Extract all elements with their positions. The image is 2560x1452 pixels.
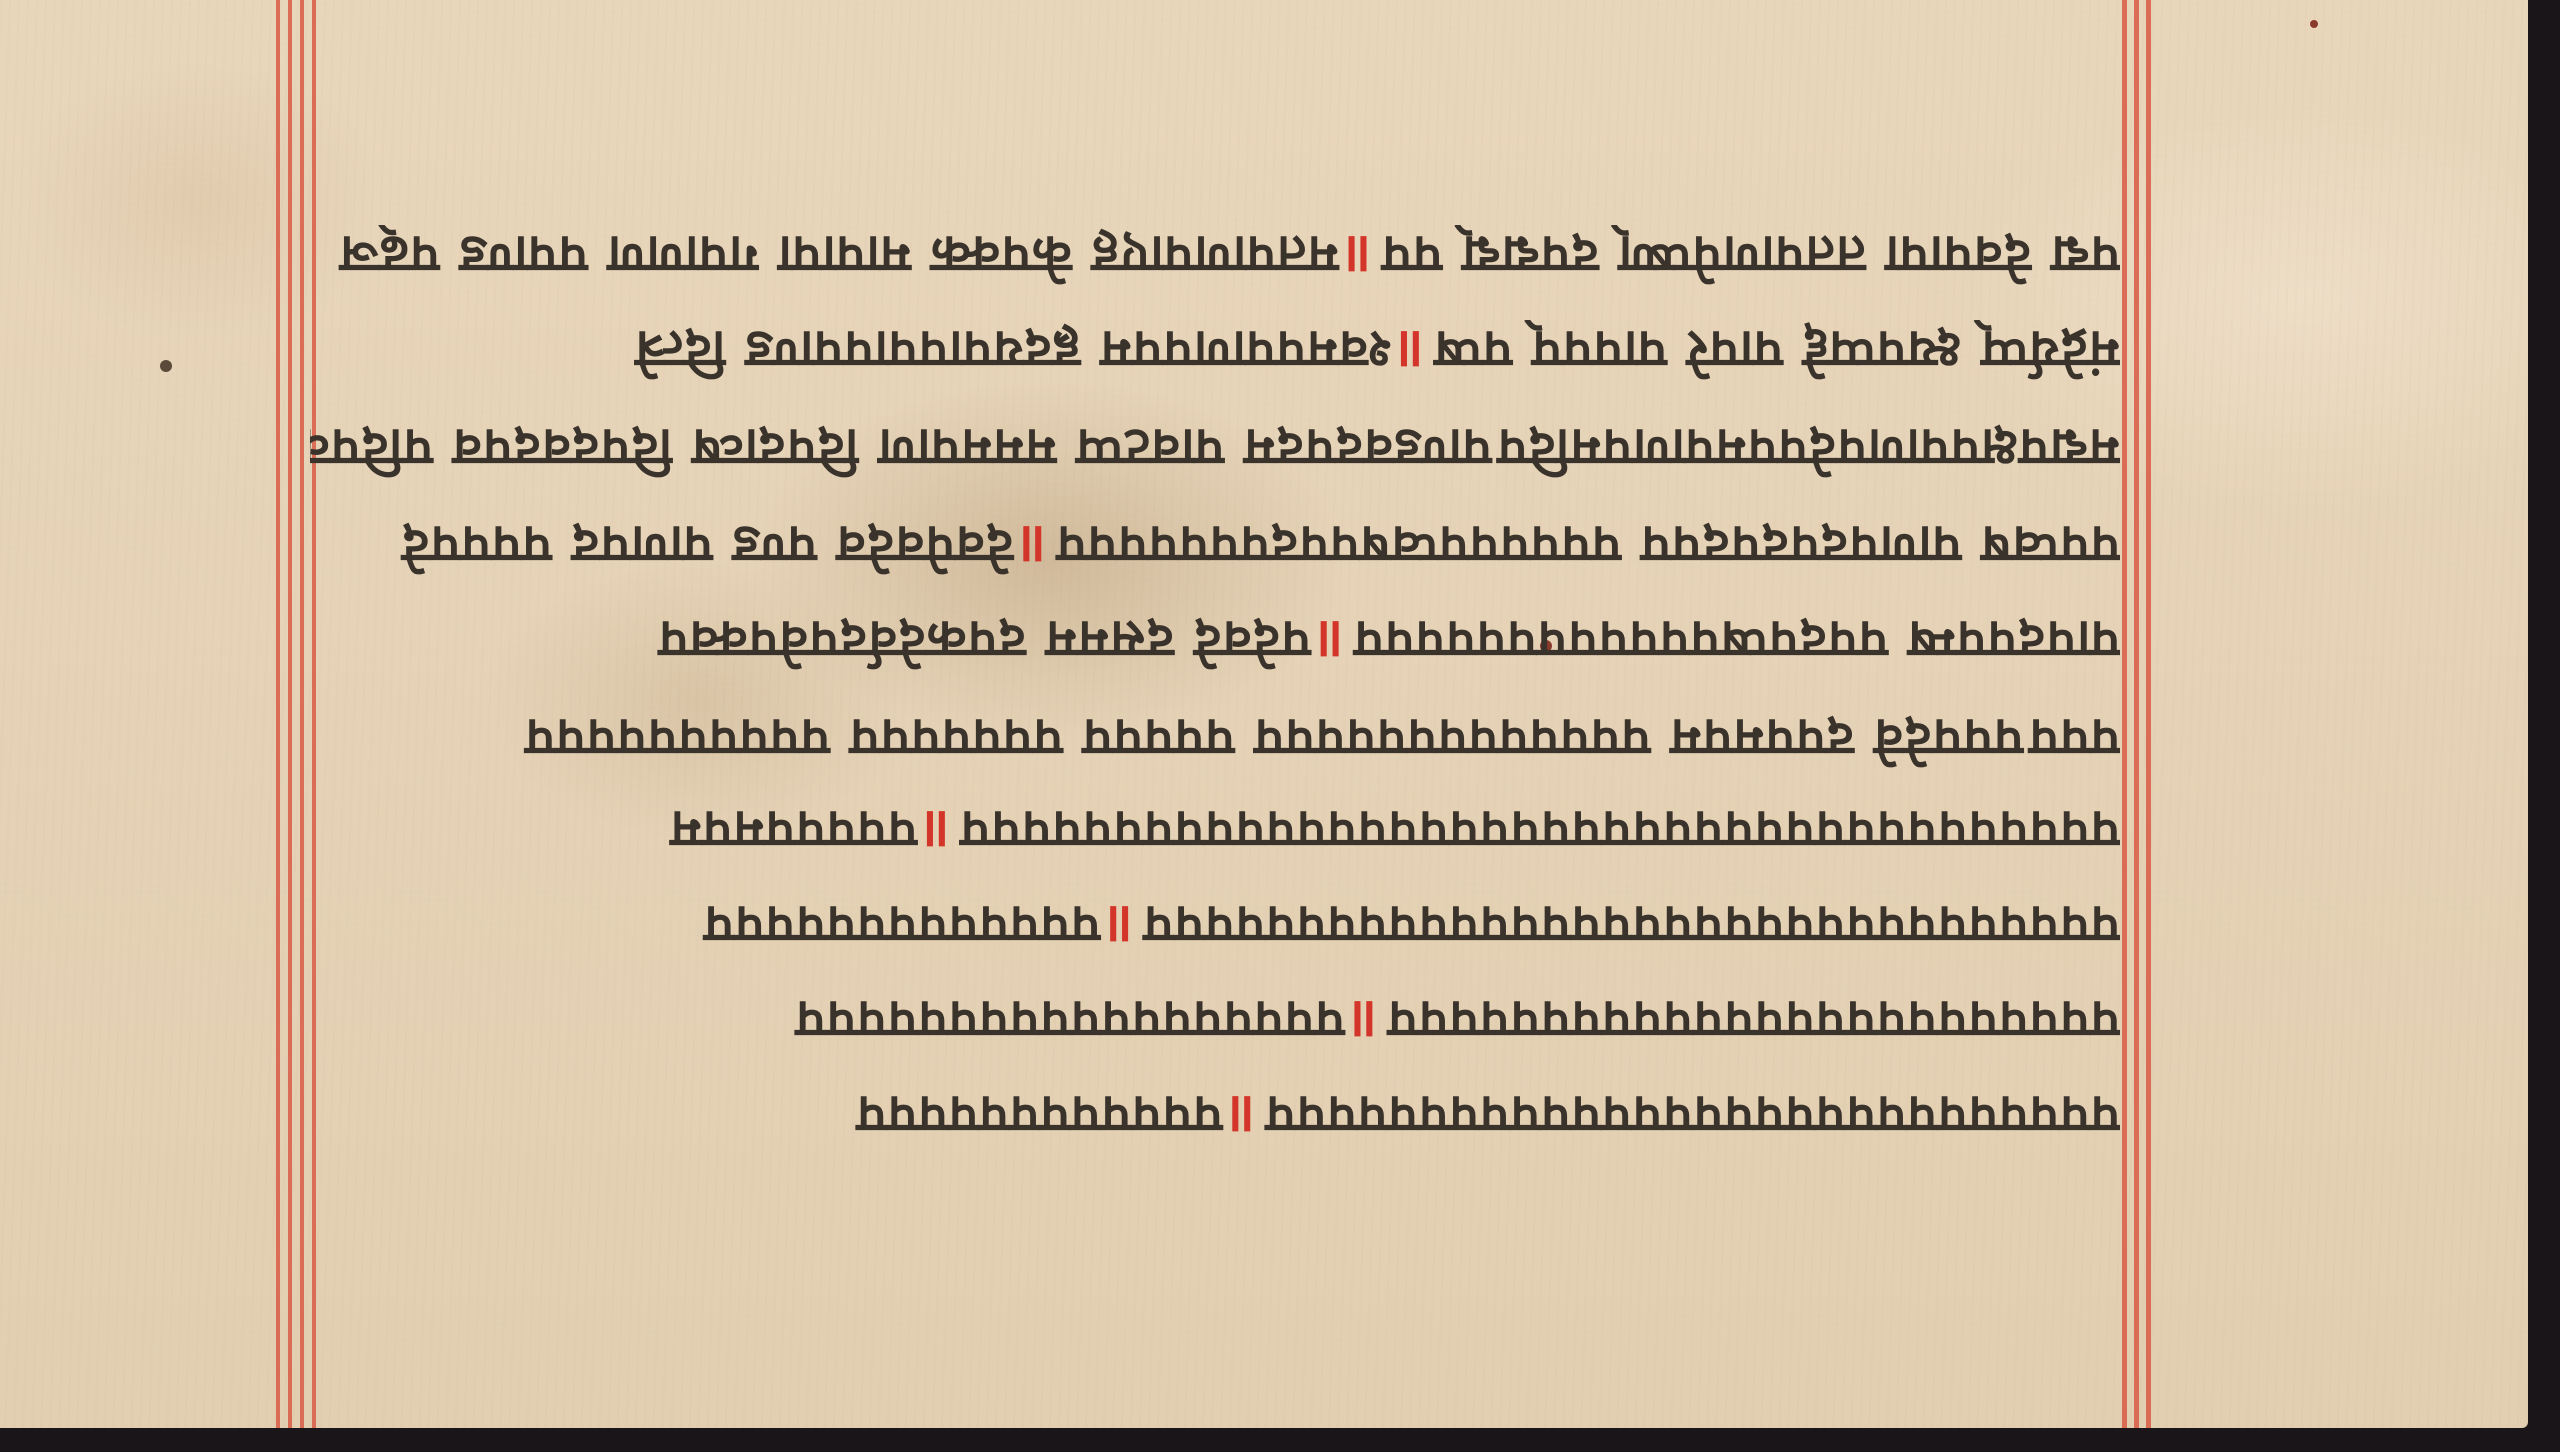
manuscript-folio: पद्म देवपापा ततपाणपेप्ष्ण् दपद्मद्म् पप … bbox=[0, 0, 2528, 1428]
text-line: पद्म देवपापा ततपाणपेप्ष्ण् दपद्मद्म् पप … bbox=[310, 225, 2120, 295]
left-margin-rule bbox=[276, 0, 280, 1428]
text-line: पपप्वष पाणपदपदपदपप पपपपपपप्वषपपदपपपपपपप … bbox=[310, 515, 2120, 585]
right-margin-rule bbox=[2146, 0, 2151, 1428]
right-margin-rule bbox=[2134, 0, 2139, 1428]
paper-blemish bbox=[160, 360, 172, 372]
text-line: मद्मपक्षपपाणपदेपपमपाणपमदिप पाण्डवदपदम पा… bbox=[310, 415, 2120, 485]
text-line: पपपपपपपपपपपपपपपपपपपपपपपपपपपप ॥ पपपपपपपपप… bbox=[310, 1085, 2120, 1155]
text-line: मंद्रेर्यप्प् क्ष्यपप्पद्दे पापरे पापपप्… bbox=[310, 320, 2120, 390]
text-line: पपप पपपदेवे दपपमपम पपपपपपपपपपपपप पपपपप प… bbox=[310, 705, 2120, 775]
left-margin-rule bbox=[300, 0, 304, 1428]
text-line: पापदपपम्ष पपदपप्षपपपपपपपपपपपप ॥ पदेवदे द… bbox=[310, 610, 2120, 680]
left-margin-rule bbox=[288, 0, 292, 1428]
text-line: पपपपपपपपपपपपपपपपपपपपपपपपपपपपपपपपपपपपपप ॥… bbox=[310, 800, 2120, 870]
text-line: पपपपपपपपपपपपपपपपपपपपपपपपपपपपपपपप ॥ पपपपप… bbox=[310, 895, 2120, 965]
right-margin-rule bbox=[2122, 0, 2127, 1428]
paper-blemish bbox=[2310, 20, 2318, 28]
text-line: पपपपपपपपपपपपपपपपपपपपपपपप ॥ पपपपपपपपपपपपप… bbox=[310, 990, 2120, 1060]
